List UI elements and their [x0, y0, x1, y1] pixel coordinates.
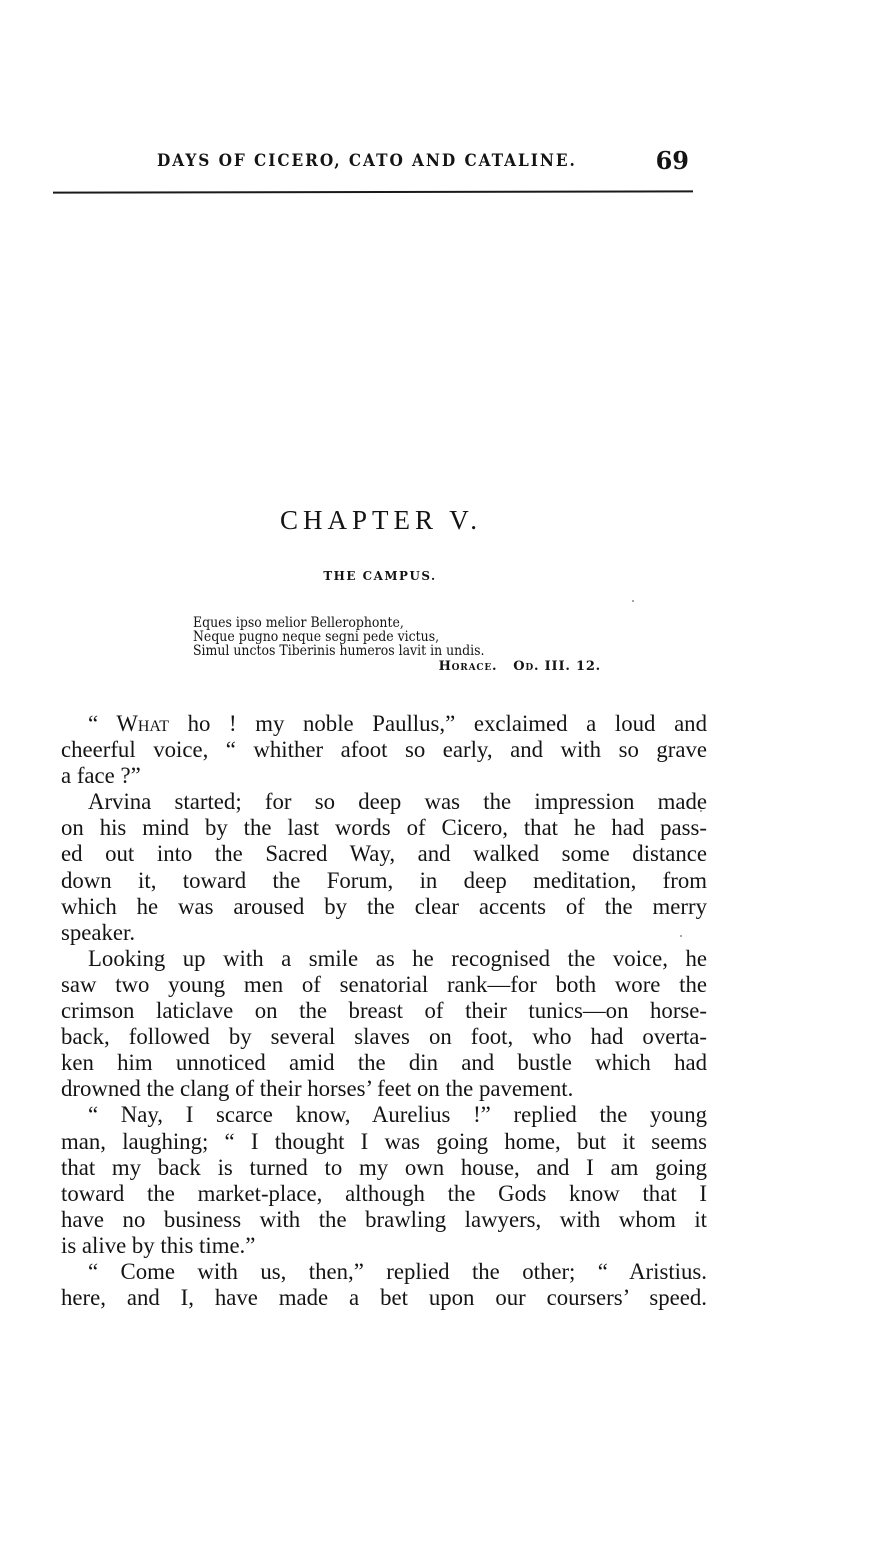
body-line-text: ho ! my noble Paullus,” exclaimed a loud… [169, 711, 707, 736]
page-number: 69 [656, 146, 689, 175]
opening-word: “ What [88, 711, 169, 736]
body-line: on his mind by the last words of Cicero,… [61, 815, 707, 841]
body-line: that my back is turned to my own house, … [61, 1155, 707, 1181]
body-line: crimson laticlave on the breast of their… [61, 998, 707, 1024]
epigraph-line: Simul unctos Tiberinis humeros lavit in … [193, 644, 563, 658]
body-line: a face ?” [61, 763, 707, 789]
epigraph-reference: Od. III. 12. [513, 659, 601, 674]
body-line: speaker. [61, 920, 707, 946]
body-line: cheerful voice, “ whither afoot so early… [61, 737, 707, 763]
body-line: saw two young men of senatorial rank—for… [61, 972, 707, 998]
body-line: Looking up with a smile as he recognised… [61, 946, 707, 972]
scan-speck [700, 810, 702, 812]
body-line: “ Nay, I scarce know, Aurelius !” replie… [61, 1102, 707, 1128]
body-line: here, and I, have made a bet upon our co… [61, 1285, 707, 1311]
body-line: ed out into the Sacred Way, and walked s… [61, 841, 707, 867]
body-line: drowned the clang of their horses’ feet … [61, 1076, 707, 1102]
header-rule [53, 190, 693, 193]
body-line: Arvina started; for so deep was the impr… [61, 789, 707, 815]
body-line: down it, toward the Forum, in deep medit… [61, 868, 707, 894]
body-line: “ What ho ! my noble Paullus,” exclaimed… [61, 711, 707, 737]
scan-speck [632, 600, 634, 602]
body-line: toward the market-place, although the Go… [61, 1181, 707, 1207]
scan-speck [680, 935, 682, 937]
body-line: which he was aroused by the clear accent… [61, 894, 707, 920]
body-line: back, followed by several slaves on foot… [61, 1024, 707, 1050]
epigraph: Eques ipso melior Bellerophonte, Neque p… [193, 616, 613, 674]
body-line: is alive by this time.” [61, 1233, 707, 1259]
chapter-title: CHAPTER V. [0, 505, 761, 536]
epigraph-line: Eques ipso melior Bellerophonte, [193, 616, 563, 630]
body-text: “ What ho ! my noble Paullus,” exclaimed… [61, 711, 707, 1311]
epigraph-author: Horace. [439, 659, 498, 674]
epigraph-attribution: Horace. Od. III. 12. [193, 660, 613, 674]
body-line: man, laughing; “ I thought I was going h… [61, 1129, 707, 1155]
body-line: have no business with the brawling lawye… [61, 1207, 707, 1233]
epigraph-line: Neque pugno neque segni pede victus, [193, 630, 563, 644]
body-line: ken him unnoticed amid the din and bustl… [61, 1050, 707, 1076]
chapter-subtitle: THE CAMPUS. [19, 568, 741, 583]
body-line: “ Come with us, then,” replied the other… [61, 1259, 707, 1285]
running-head: DAYS OF CICERO, CATO AND CATALINE. 69 [53, 146, 693, 178]
running-title: DAYS OF CICERO, CATO AND CATALINE. [157, 151, 577, 170]
